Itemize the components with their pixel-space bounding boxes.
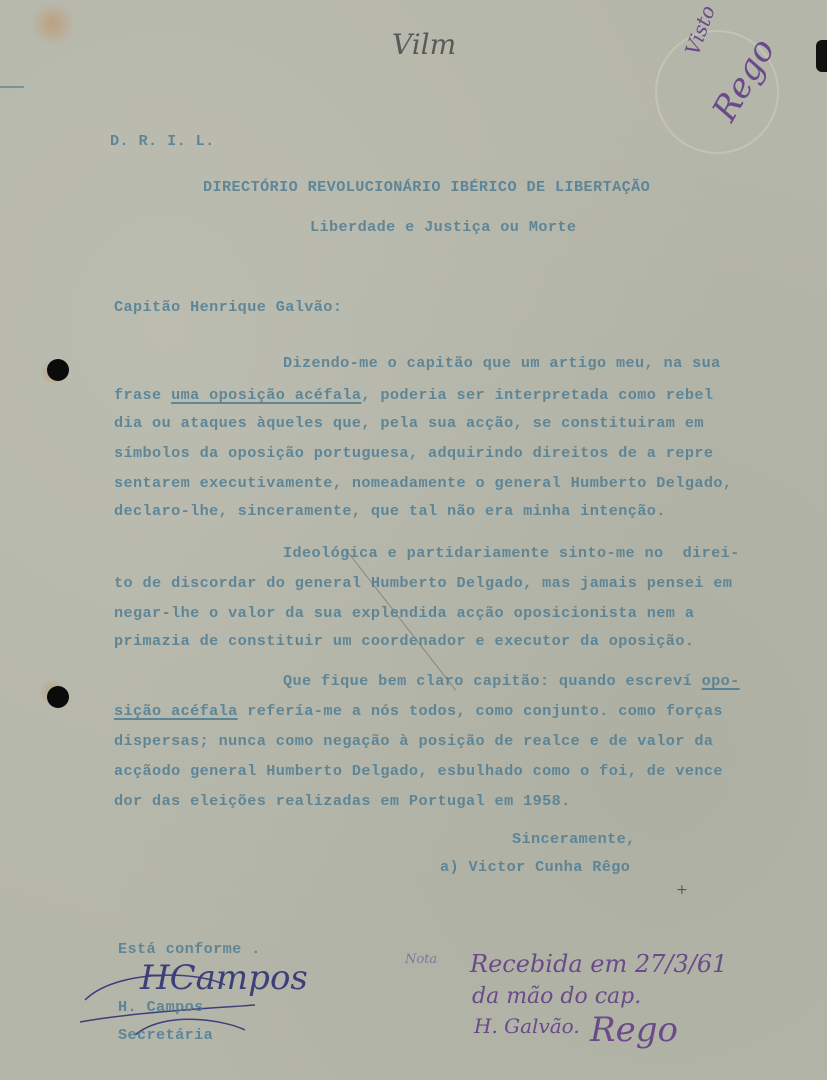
body-line: to de discordar do general Humberto Delg… (114, 574, 732, 592)
handwritten-signature-rego: Rego (590, 1010, 678, 1050)
body-line: declaro-lhe, sinceramente, que tal não e… (114, 502, 666, 520)
secretary-title: Secretária (118, 1026, 213, 1044)
body-line: Ideológica e partidariamente sinto-me no… (283, 544, 740, 562)
organization-motto: Liberdade e Justiça ou Morte (310, 218, 576, 236)
body-line: dispersas; nunca como negação à posição … (114, 732, 713, 750)
salutation: Capitão Henrique Galvão: (114, 298, 342, 316)
punch-hole-icon (47, 686, 69, 708)
handwritten-received-line: Recebida em 27/3/61 (470, 950, 727, 978)
scanned-letter-page: Vilm Visto Rego D. R. I. L. DIRECTÓRIO R… (0, 0, 827, 1080)
closing: Sinceramente, (512, 830, 636, 848)
body-line: dor das eleições realizadas em Portugal … (114, 792, 571, 810)
body-line: acçãodo general Humberto Delgado, esbulh… (114, 762, 723, 780)
underlined-phrase: opo- (702, 672, 740, 690)
organization-initials: D. R. I. L. (110, 132, 215, 150)
paper-stain (28, 4, 78, 44)
margin-mark (0, 86, 24, 88)
body-line: símbolos da oposição portuguesa, adquiri… (114, 444, 713, 462)
typed-signature: a) Victor Cunha Rêgo (440, 858, 630, 876)
body-line: sição acéfala refería-me a nós todos, co… (114, 702, 723, 720)
underlined-phrase: uma oposição acéfala (171, 386, 361, 404)
body-line: primazia de constituir um coordenador e … (114, 632, 694, 650)
small-pencil-mark: + (676, 882, 688, 898)
edge-clip-mark (816, 40, 827, 72)
body-line: sentarem executivamente, nomeadamente o … (114, 474, 732, 492)
body-line: dia ou ataques àqueles que, pela sua acç… (114, 414, 704, 432)
secretary-name: H. Campos (118, 998, 204, 1016)
handwritten-note-label: Nota (405, 952, 437, 967)
body-line: negar-lhe o valor da sua explendida acçã… (114, 604, 694, 622)
body-line: frase uma oposição acéfala, poderia ser … (114, 386, 713, 404)
body-line: Que fique bem claro capitão: quando escr… (283, 672, 740, 690)
handwritten-received-line: H. Galvão. (474, 1014, 580, 1038)
underlined-phrase: sição acéfala (114, 702, 238, 720)
handwritten-received-line: da mão do cap. (472, 984, 641, 1009)
body-line: Dizendo-me o capitão que um artigo meu, … (283, 354, 721, 372)
punch-hole-icon (47, 359, 69, 381)
pencil-annotation: Vilm (392, 28, 456, 61)
organization-name: DIRECTÓRIO REVOLUCIONÁRIO IBÉRICO DE LIB… (203, 178, 650, 196)
